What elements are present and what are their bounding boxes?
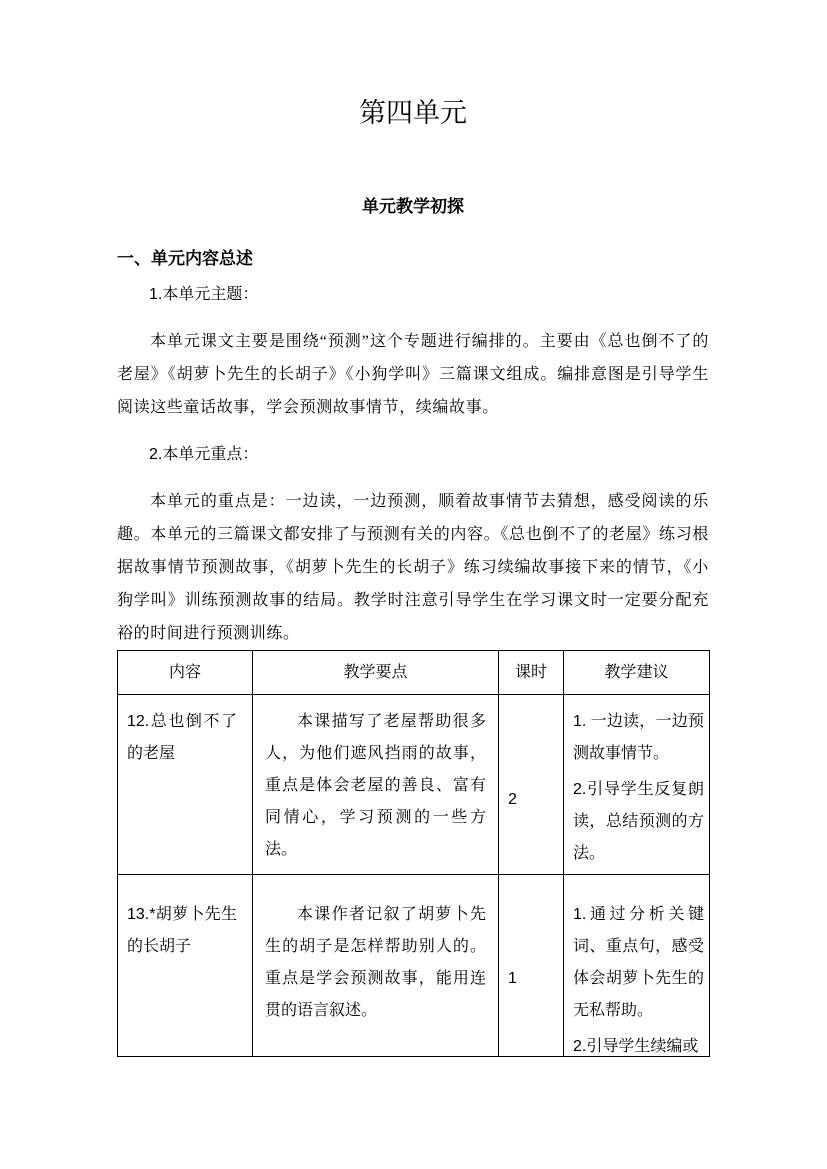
suggestion-item: 2.引导学生续编或 [573,1031,704,1056]
section-subtitle: 单元教学初探 [117,194,709,220]
column-header-teaching-suggestions: 教学建议 [564,651,710,695]
paragraph-number: 1. [149,286,162,303]
paragraph-theme-body: 本单元课文主要是围绕“预测”这个专题进行编排的。主要由《总也倒不了的老屋》《胡萝… [117,325,709,424]
table-row-lesson-13: 13.*胡萝卜先生的长胡子 本课作者记叙了胡萝卜先生的胡子是怎样帮助别人的。重点… [118,875,710,1057]
paragraph-focus-label: 2.本单元重点： [117,438,709,471]
paragraph-text: 本单元重点： [162,446,258,463]
cell-class-hours: 2 [499,695,564,875]
suggestion-item: 1.通过分析关键词、重点句，感受体会胡萝卜先生的无私帮助。 [573,899,704,1027]
document-title: 第四单元 [117,92,709,134]
suggestion-item: 2.引导学生反复朗读，总结预测的方法。 [573,774,704,870]
paragraph-focus-body: 本单元的重点是：一边读，一边预测，顺着故事情节去猜想，感受阅读的乐趣。本单元的三… [117,485,709,650]
table-header-row: 内容 教学要点 课时 教学建议 [118,651,710,695]
cell-class-hours: 1 [499,875,564,1057]
paragraph-number: 2. [149,446,162,463]
lesson-number: 12. [127,713,149,730]
cell-teaching-suggestions: 1. 一边读，一边预测故事情节。 2.引导学生反复朗读，总结预测的方法。 [564,695,710,875]
column-header-class-hours: 课时 [499,651,564,695]
class-hours-value: 1 [508,963,517,995]
column-header-content: 内容 [118,651,253,695]
cell-teaching-suggestions: 1.通过分析关键词、重点句，感受体会胡萝卜先生的无私帮助。 2.引导学生续编或 [564,875,710,1057]
lesson-number: 13.* [127,906,155,923]
table-row-lesson-12: 12.总也倒不了的老屋 本课描写了老屋帮助很多人，为他们遮风挡雨的故事，重点是体… [118,695,710,875]
section-heading: 一、单元内容总述 [117,246,709,272]
suggestion-item: 1. 一边读，一边预测故事情节。 [573,706,704,770]
cell-lesson-title: 13.*胡萝卜先生的长胡子 [118,875,253,1057]
cell-teaching-points: 本课作者记叙了胡萝卜先生的胡子是怎样帮助别人的。重点是学会预测故事，能用连贯的语… [253,875,499,1057]
teaching-schedule-table: 内容 教学要点 课时 教学建议 12.总也倒不了的老屋 本课描写了老屋帮助很多人… [117,650,710,1057]
paragraph-text: 本单元主题： [162,286,258,303]
class-hours-value: 2 [508,784,517,816]
document-page: 第四单元 单元教学初探 一、单元内容总述 1.本单元主题： 本单元课文主要是围绕… [0,0,827,1169]
column-header-teaching-points: 教学要点 [253,651,499,695]
paragraph-theme-label: 1.本单元主题： [117,278,709,311]
cell-lesson-title: 12.总也倒不了的老屋 [118,695,253,875]
cell-teaching-points: 本课描写了老屋帮助很多人，为他们遮风挡雨的故事，重点是体会老屋的善良、富有同情心… [253,695,499,875]
